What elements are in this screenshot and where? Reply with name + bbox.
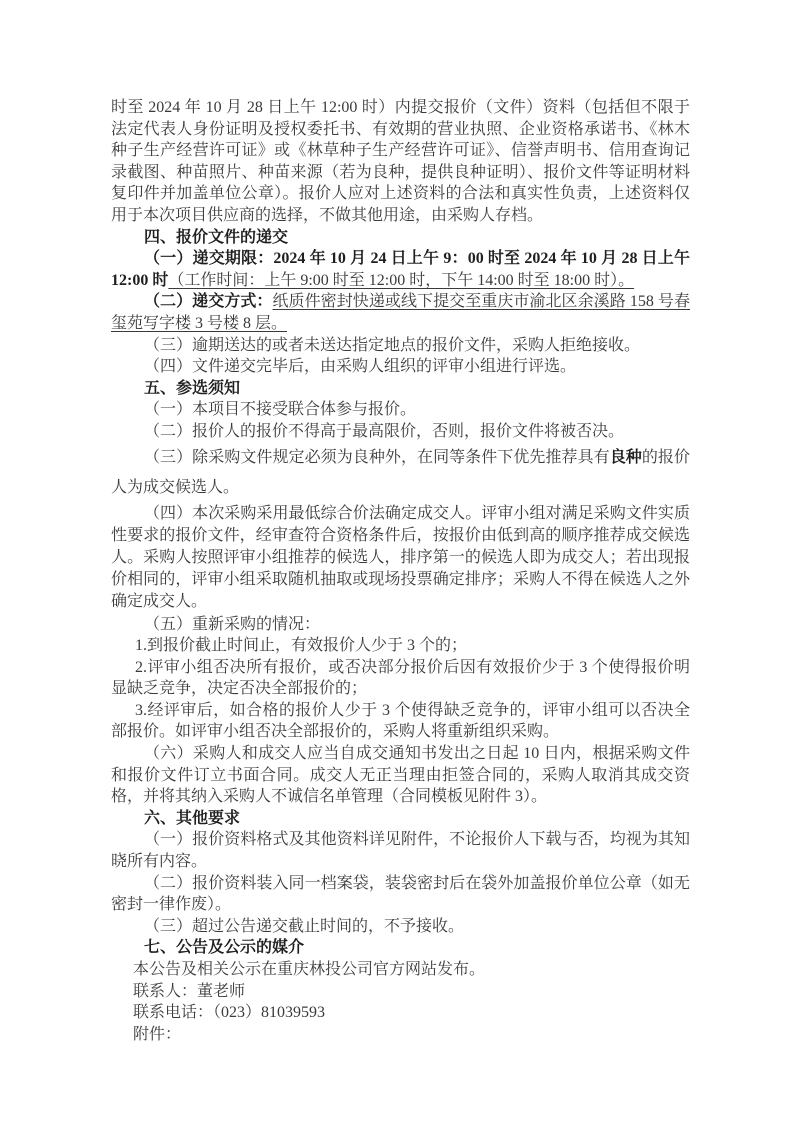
text-run: （四）文件递交完毕后，由采购人组织的评审小组进行评选。 [144,358,576,375]
text-run: （三）超过公告递交截止时间的，不予接收。 [144,918,464,935]
text-run: （三）除采购文件规定必须为良种外，在同等条件下优先推荐具有 [144,449,610,466]
paragraph: （五）重新采购的情况： [111,614,690,636]
paragraph: （四）文件递交完毕后，由采购人组织的评审小组进行评选。 [111,356,690,378]
paragraph: （二）报价人的报价不得高于最高限价，否则，报价文件将被否决。 [111,421,690,443]
paragraph: （四）本次采购采用最低综合价法确定成交人。评审小组对满足采购文件实质性要求的报价… [111,503,690,614]
paragraph: （三）除采购文件规定必须为良种外，在同等条件下优先推荐具有良种的报价人为成交候选… [111,443,690,503]
paragraph: 附件： [111,1024,690,1046]
text-run: （四）本次采购采用最低综合价法确定成交人。评审小组对满足采购文件实质性要求的报价… [111,505,690,611]
paragraph: （二）报价资料装入同一档案袋，装袋密封后在袋外加盖报价单位公章（如无密封一律作废… [111,873,690,916]
text-run: （二）报价人的报价不得高于最高限价，否则，报价文件将被否决。 [144,423,624,440]
text-run: （一）递交期限： [144,250,273,267]
paragraph: （六）采购人和成交人应当自成交通知书发出之日起 10 日内，根据采购文件和报价文… [111,743,690,808]
paragraph: 1.到报价截止时间止，有效报价人少于 3 个的； [111,635,690,657]
text-run: 四、报价文件的递交 [144,229,288,246]
text-run: （二）递交方式： [144,293,272,310]
text-run: 六、其他要求 [144,810,240,827]
text-run: （五）重新采购的情况： [144,616,320,633]
text-run: 时至 2024 年 10 月 28 日上午 12:00 时）内提交报价（文件）资… [111,99,690,224]
paragraph: （一）本项目不接受联合体参与报价。 [111,399,690,421]
text-run: （一）本项目不接受联合体参与报价。 [144,401,416,418]
text-run: 本公告及相关公示在重庆林投公司官方网站发布。 [133,961,485,978]
paragraph: 联系人：董老师 [111,981,690,1003]
section-heading: 六、其他要求 [111,808,690,830]
section-heading: 七、公告及公示的媒介 [111,937,690,959]
text-run: （二）报价资料装入同一档案袋，装袋密封后在袋外加盖报价单位公章（如无密封一律作废… [111,875,690,914]
text-run: 联系电话：（023）81039593 [133,1004,325,1021]
text-run: （工作时间：上午 9:00 时至 12:00 时，下午 14:00 时至 18:… [168,272,634,289]
paragraph: （三）超过公告递交截止时间的，不予接收。 [111,916,690,938]
text-run: 2.评审小组否决所有报价，或否决部分报价后因有效报价少于 3 个使得报价明显缺乏… [111,659,690,698]
text-run: 附件： [133,1026,181,1043]
text-run: （三）逾期送达的或者未送达指定地点的报价文件，采购人拒绝接收。 [144,337,640,354]
paragraph: 本公告及相关公示在重庆林投公司官方网站发布。 [111,959,690,981]
text-run: （六）采购人和成交人应当自成交通知书发出之日起 10 日内，根据采购文件和报价文… [111,745,690,805]
paragraph: 2.评审小组否决所有报价，或否决部分报价后因有效报价少于 3 个使得报价明显缺乏… [111,657,690,700]
paragraph: 时至 2024 年 10 月 28 日上午 12:00 时）内提交报价（文件）资… [111,97,690,227]
paragraph: （二）递交方式：纸质件密封快递或线下提交至重庆市渝北区余溪路 158 号春玺苑写… [111,291,690,334]
paragraph: 3.经评审后，如合格的报价人少于 3 个使得缺乏竞争的，评审小组可以否决全部报价… [111,700,690,743]
text-run: 3.经评审后，如合格的报价人少于 3 个使得缺乏竞争的，评审小组可以否决全部报价… [111,702,690,741]
text-run: 联系人：董老师 [133,983,245,1000]
section-heading: 四、报价文件的递交 [111,227,690,249]
paragraph: （一）报价资料格式及其他资料详见附件，不论报价人下载与否，均视为其知晓所有内容。 [111,829,690,872]
paragraph: 联系电话：（023）81039593 [111,1002,690,1024]
section-heading: 五、参选须知 [111,378,690,400]
paragraph: （一）递交期限：2024 年 10 月 24 日上午 9：00 时至 2024 … [111,248,690,291]
text-run: （一）报价资料格式及其他资料详见附件，不论报价人下载与否，均视为其知晓所有内容。 [111,831,690,870]
text-run: 良种 [610,449,642,466]
text-run: 1.到报价截止时间止，有效报价人少于 3 个的； [135,637,467,654]
document-page: 时至 2024 年 10 月 28 日上午 12:00 时）内提交报价（文件）资… [111,97,690,1045]
text-run: 五、参选须知 [144,380,240,397]
text-run: 七、公告及公示的媒介 [144,939,304,956]
paragraph: （三）逾期送达的或者未送达指定地点的报价文件，采购人拒绝接收。 [111,335,690,357]
